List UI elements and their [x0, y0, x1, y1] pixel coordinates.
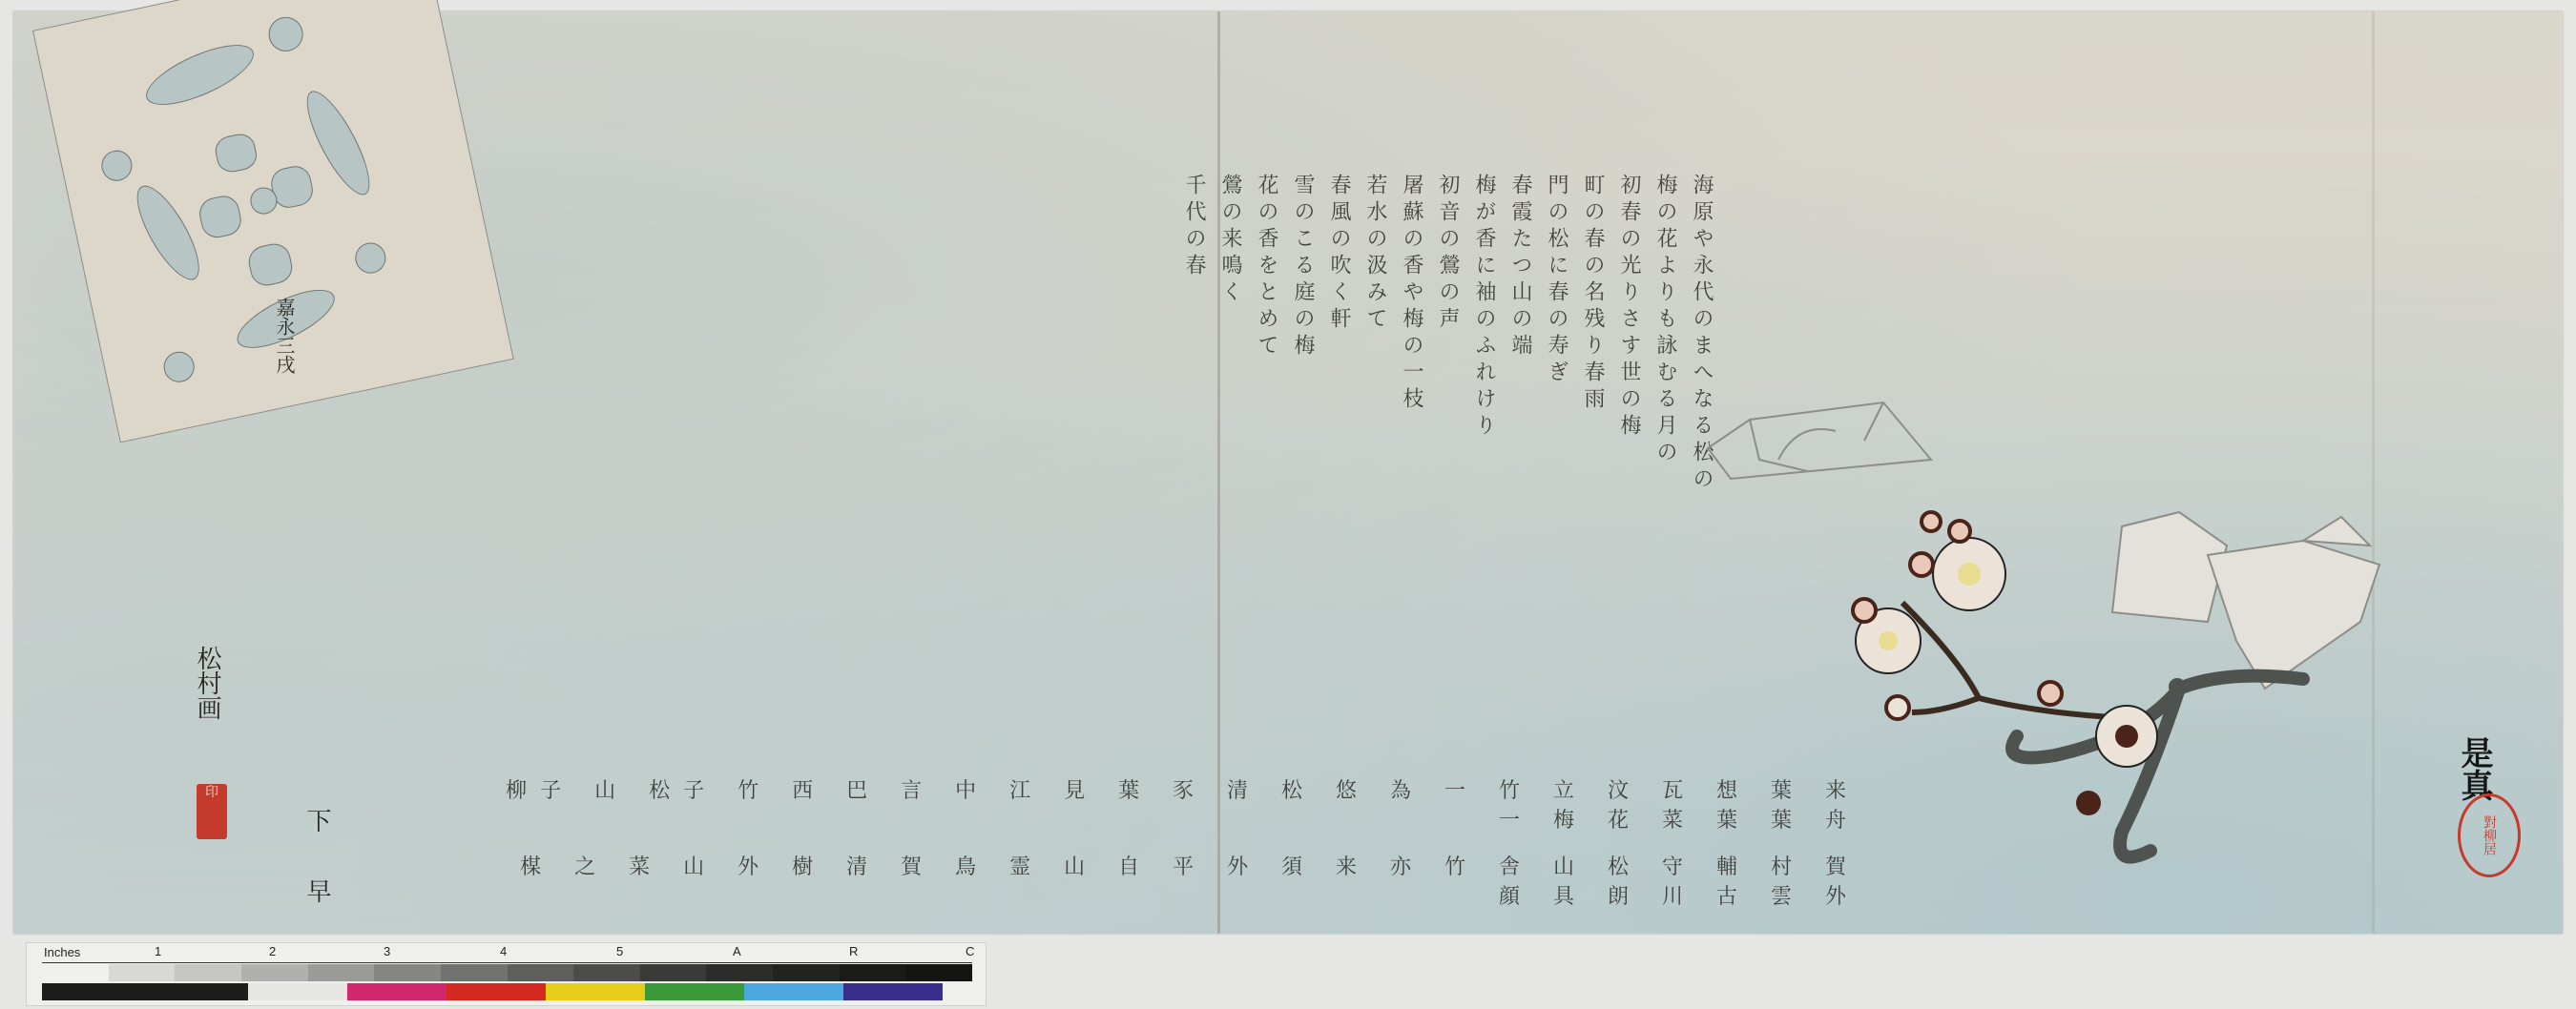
color-calibration-ruler: Inches 1 2 3 4 5 A R C [26, 942, 987, 1006]
gray-patch [308, 964, 375, 981]
color-patch-yellow [546, 983, 645, 1000]
plum-blossoms [1853, 512, 2157, 815]
folded-paper-outline [1708, 402, 1931, 479]
ruler-number: 2 [269, 944, 276, 958]
plum-branch [1902, 603, 2112, 717]
gray-patch [508, 964, 574, 981]
ruler-number: 4 [500, 944, 507, 958]
gray-patch [374, 964, 441, 981]
gray-patch [706, 964, 773, 981]
ruler-number: R [849, 944, 858, 958]
ruler-number: A [733, 944, 741, 958]
color-patch-magenta [347, 983, 447, 1000]
ruler-number: 5 [616, 944, 623, 958]
gray-patch [840, 964, 906, 981]
gray-patch [241, 964, 308, 981]
gray-patch [42, 964, 109, 981]
still-life-illustration [13, 11, 2563, 934]
ruler-number: C [966, 944, 974, 958]
color-patch-white [248, 983, 347, 1000]
artist-signature-right: 是真 [2451, 736, 2498, 801]
seal-right: 對柳居 [2458, 793, 2521, 877]
ruler-number: 1 [155, 944, 161, 958]
gray-patch [175, 964, 241, 981]
color-patch-blue [843, 983, 943, 1000]
gray-patch [640, 964, 707, 981]
gray-patch [573, 964, 640, 981]
artwork-print: 嘉永三戌 松村画 印 下 早 海原や永代のまへなる松の 梅の花よりも詠むる月の … [13, 11, 2563, 934]
gray-patch [441, 964, 508, 981]
ruler-number: 3 [384, 944, 390, 958]
color-patch-green [645, 983, 744, 1000]
color-patch-red [447, 983, 546, 1000]
color-patch-black [42, 983, 248, 1000]
gray-patch [109, 964, 176, 981]
ruler-scale-line [42, 962, 972, 963]
gray-patch [905, 964, 972, 981]
ruler-unit-label: Inches [44, 945, 80, 959]
folded-paper-bundle [2112, 512, 2379, 689]
gray-patch [773, 964, 840, 981]
color-patch-cyan [744, 983, 843, 1000]
